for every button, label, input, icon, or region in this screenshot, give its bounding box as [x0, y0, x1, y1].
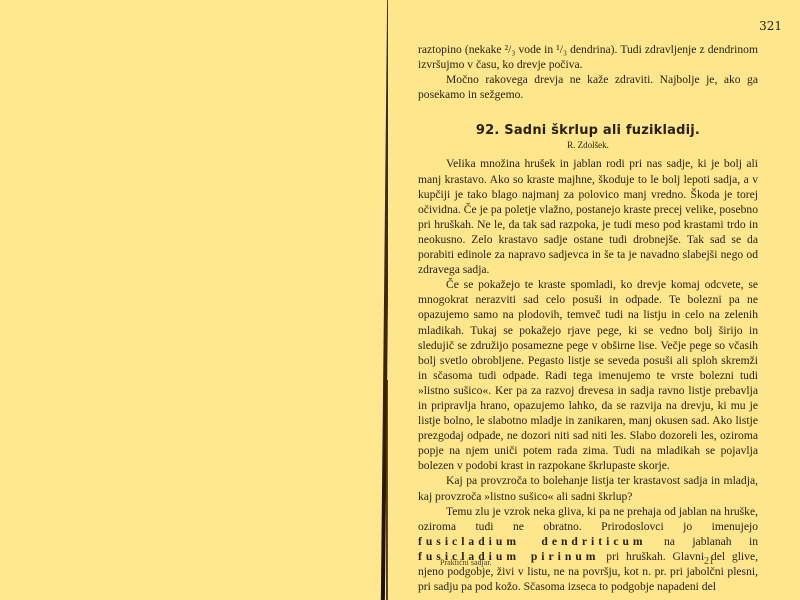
- footer-signature: 21: [704, 556, 714, 567]
- paragraph: Če se pokažejo te kraste spomladi, ko dr…: [418, 277, 758, 473]
- section-heading: 92. Sadni škrlup ali fuzikladij.: [418, 123, 758, 138]
- paragraph-continuation: raztopino (nekake ²/₃ vode in ¹/₃ dendri…: [418, 42, 758, 72]
- latin-term: fusicladium dendriticum: [418, 535, 647, 548]
- paragraph: Močno rakovega drevja ne kaže zdraviti. …: [418, 72, 758, 102]
- left-page-blank: [0, 0, 386, 600]
- paragraph: Velika množina hrušek in jablan rodi pri…: [418, 156, 758, 277]
- paragraph: Temu zlu je vzrok neka gliva, ki pa ne p…: [418, 504, 758, 595]
- book-spread: 321 raztopino (nekake ²/₃ vode in ¹/₃ de…: [0, 0, 800, 600]
- right-page: 321 raztopino (nekake ²/₃ vode in ¹/₃ de…: [388, 0, 800, 600]
- text-run: Temu zlu je vzrok neka gliva, ki pa ne p…: [418, 505, 758, 533]
- page-number: 321: [759, 19, 782, 33]
- text-run: na jablanah in: [664, 535, 758, 548]
- section-author: R. Zdolšek.: [418, 138, 758, 152]
- paragraph: Kaj pa provzroča to bolehanje listja ter…: [418, 473, 758, 503]
- page-body: raztopino (nekake ²/₃ vode in ¹/₃ dendri…: [418, 42, 758, 594]
- footer-book-title: Praktični sadjar.: [440, 558, 492, 567]
